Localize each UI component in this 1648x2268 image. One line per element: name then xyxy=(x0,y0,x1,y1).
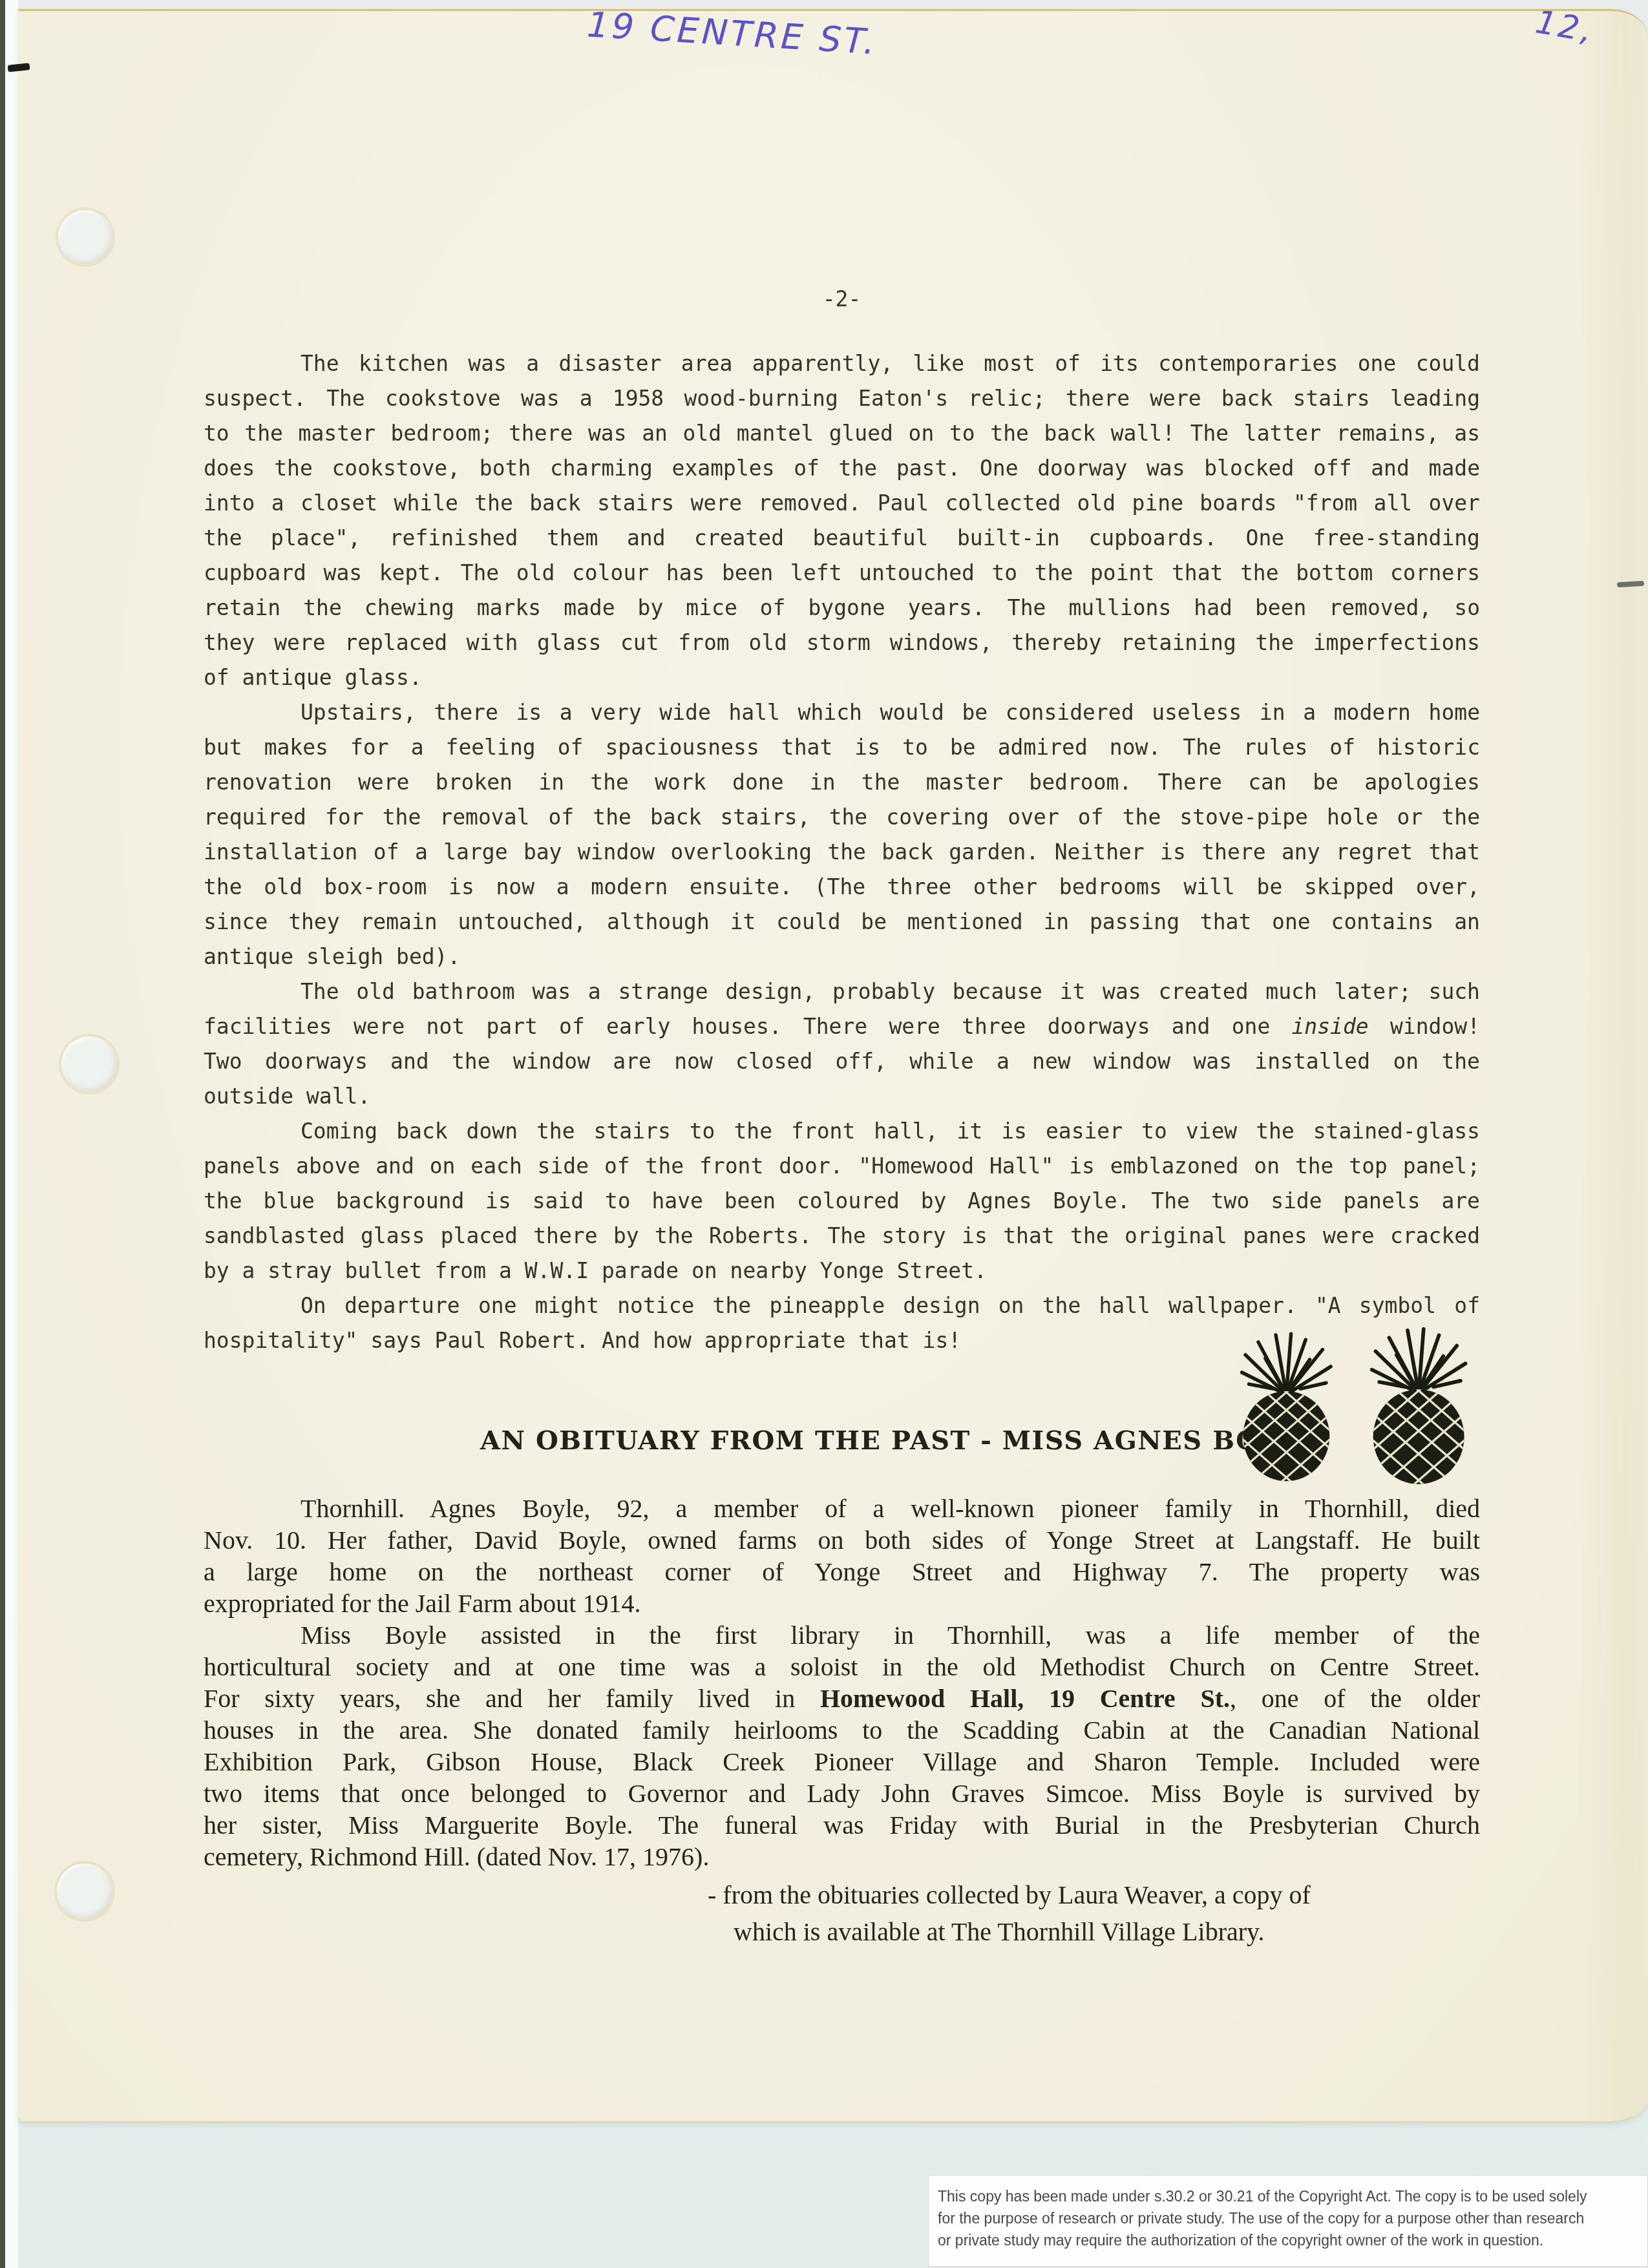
text-line: The old bathroom was a strange design, p… xyxy=(204,974,1480,1009)
text-line: Thornhill. Agnes Boyle, 92, a member of … xyxy=(204,1493,1480,1524)
italic-word: inside xyxy=(1291,1014,1368,1039)
text-line: renovation were broken in the work done … xyxy=(204,765,1480,800)
text-line: suspect. The cookstove was a 1958 wood-b… xyxy=(204,381,1480,416)
text-line: Coming back down the stairs to the front… xyxy=(204,1114,1480,1149)
text-line: since they remain untouched, although it… xyxy=(204,905,1480,940)
pineapple-stamp-icon xyxy=(1227,1325,1485,1486)
text-line: by a stray bullet from a W.W.I parade on… xyxy=(204,1254,1480,1288)
text-line: of antique glass. xyxy=(204,660,1480,695)
text-line: facilities were not part of early houses… xyxy=(204,1009,1480,1044)
text-line: horticultural society and at one time wa… xyxy=(204,1651,1480,1683)
obituary-body: Thornhill. Agnes Boyle, 92, a member of … xyxy=(204,1493,1480,1950)
text-line: Exhibition Park, Gibson House, Black Cre… xyxy=(204,1746,1480,1778)
text-line: her sister, Miss Marguerite Boyle. The f… xyxy=(204,1809,1480,1841)
text-line: outside wall. xyxy=(204,1079,1480,1114)
text-line: expropriated for the Jail Farm about 191… xyxy=(204,1588,1480,1619)
text-segment: , one of the older xyxy=(1230,1684,1480,1713)
copyright-line: This copy has been made under s.30.2 or … xyxy=(938,2185,1638,2207)
text-line: On departure one might notice the pineap… xyxy=(204,1288,1480,1323)
text-line: they were replaced with glass cut from o… xyxy=(204,625,1480,660)
scanner-edge-shadow xyxy=(0,0,5,2268)
text-line: sandblasted glass placed there by the Ro… xyxy=(204,1219,1480,1254)
text-line: the blue background is said to have been… xyxy=(204,1184,1480,1219)
pineapple-pair-graphic xyxy=(1227,1325,1485,1486)
text-line: panels above and on each side of the fro… xyxy=(204,1149,1480,1184)
text-line: The kitchen was a disaster area apparent… xyxy=(204,346,1480,381)
punch-hole-middle xyxy=(61,1036,117,1092)
attribution-line: - from the obituaries collected by Laura… xyxy=(204,1876,1480,1913)
text-line: houses in the area. She donated family h… xyxy=(204,1714,1480,1746)
text-segment: window! xyxy=(1369,1014,1480,1039)
text-line: the old box-room is now a modern ensuite… xyxy=(204,870,1480,905)
text-line: two items that once belonged to Governor… xyxy=(204,1778,1480,1809)
bold-address: Homewood Hall, 19 Centre St. xyxy=(820,1684,1230,1713)
text-line: required for the removal of the back sta… xyxy=(204,800,1480,835)
text-line: For sixty years, she and her family live… xyxy=(204,1683,1480,1714)
attribution-line: which is available at The Thornhill Vill… xyxy=(204,1913,1480,1950)
text-line: does the cookstove, both charming exampl… xyxy=(204,451,1480,486)
copyright-line: for the purpose of research or private s… xyxy=(938,2207,1638,2229)
text-line: the place", refinished them and created … xyxy=(204,521,1480,556)
copyright-line: or private study may require the authori… xyxy=(938,2229,1638,2251)
punch-hole-bottom xyxy=(57,1864,112,1919)
text-line: installation of a large bay window overl… xyxy=(204,835,1480,870)
text-line: Upstairs, there is a very wide hall whic… xyxy=(204,695,1480,730)
text-line: into a closet while the back stairs were… xyxy=(204,486,1480,521)
paper-edge-highlight xyxy=(5,0,18,2268)
text-segment: facilities were not part of early houses… xyxy=(204,1014,1291,1039)
text-line: retain the chewing marks made by mice of… xyxy=(204,591,1480,625)
text-line: Nov. 10. Her father, David Boyle, owned … xyxy=(204,1524,1480,1556)
punch-hole-top xyxy=(58,210,112,264)
text-segment: For sixty years, she and her family live… xyxy=(204,1684,820,1713)
text-line: a large home on the northeast corner of … xyxy=(204,1556,1480,1588)
article-body: The kitchen was a disaster area apparent… xyxy=(204,346,1480,1358)
text-line: cemetery, Richmond Hill. (dated Nov. 17,… xyxy=(204,1841,1480,1873)
text-line: Two doorways and the window are now clos… xyxy=(204,1044,1480,1079)
text-line: cupboard was kept. The old colour has be… xyxy=(204,556,1480,591)
text-line: to the master bedroom; there was an old … xyxy=(204,416,1480,451)
text-line: Miss Boyle assisted in the first library… xyxy=(204,1619,1480,1651)
copyright-notice-box: This copy has been made under s.30.2 or … xyxy=(929,2176,1647,2266)
text-line: but makes for a feeling of spaciousness … xyxy=(204,730,1480,765)
text-line: antique sleigh bed). xyxy=(204,940,1480,974)
typed-page-number: -2- xyxy=(204,286,1480,311)
scanned-document: 19 CENTRE ST. 12, -2- The kitchen was a … xyxy=(0,0,1648,2268)
